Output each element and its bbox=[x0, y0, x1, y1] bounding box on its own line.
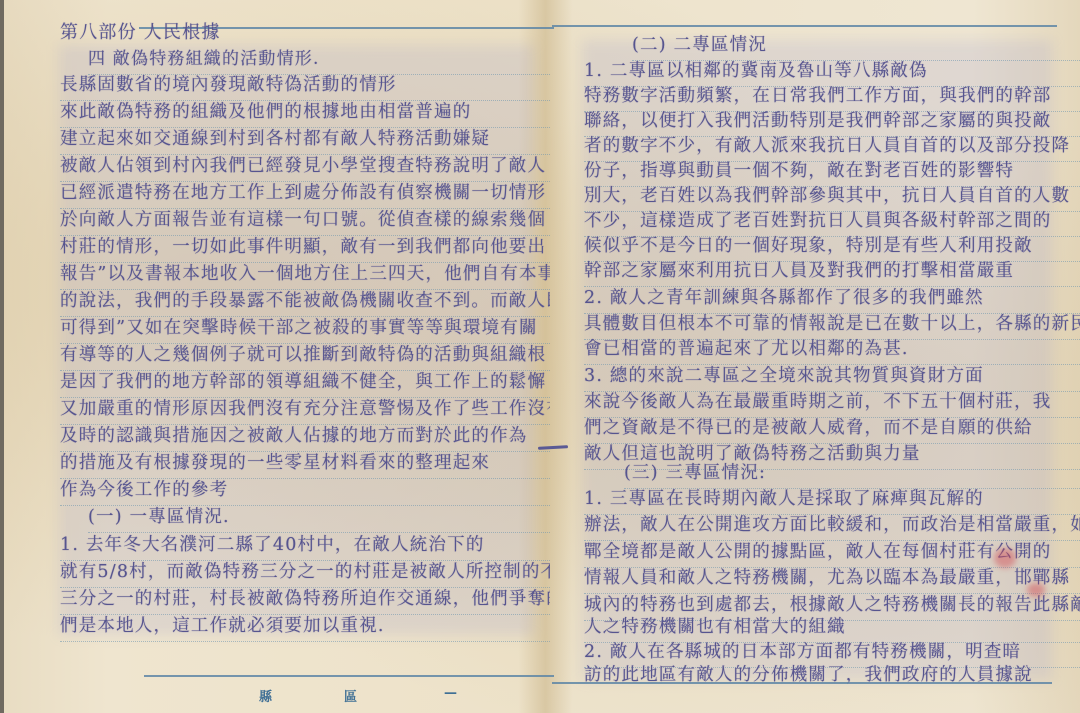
document-spread: 第八部份 人民根據 四 敵偽特務組織的活動情形. 長縣固數省的境內發現敵特偽活動… bbox=[0, 0, 1080, 713]
section-1-heading: (一) 一專區情況. bbox=[88, 502, 550, 533]
footer-mark: 區 bbox=[344, 686, 357, 705]
red-stain bbox=[1027, 583, 1045, 597]
bottom-rule bbox=[144, 675, 554, 677]
bottom-rule bbox=[552, 682, 1052, 684]
left-page: 第八部份 人民根據 四 敵偽特務組織的活動情形. 長縣固數省的境內發現敵特偽活動… bbox=[4, 0, 550, 713]
footer-mark: 縣 bbox=[259, 686, 272, 705]
text-line: 訪的此地區有敵人的分佈機關了，我們政府的人員據說 bbox=[584, 660, 1080, 690]
footer-mark: — bbox=[444, 686, 457, 701]
top-rule bbox=[552, 25, 1057, 27]
right-page: (二) 二專區情況 1. 二專區以相鄰的冀南及魯山等八縣敵偽 特務數字活動頻繁，… bbox=[552, 0, 1080, 713]
red-stain bbox=[994, 548, 1016, 568]
